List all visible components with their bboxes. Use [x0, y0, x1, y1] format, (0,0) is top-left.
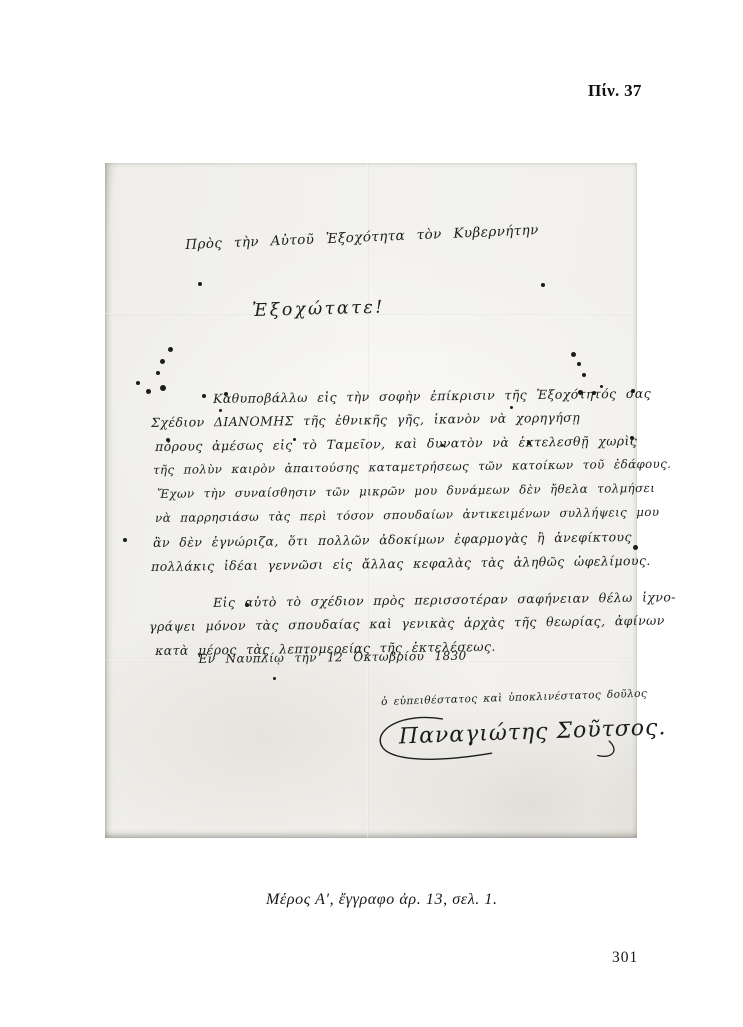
letter-body-line: πόρους ἀμέσως εἰς τὸ Ταμεῖον, καὶ δυνατὸ… — [155, 433, 637, 454]
ink-speck — [146, 389, 151, 394]
ink-speck — [156, 371, 160, 375]
letter-body-line: νὰ παρρησιάσω τὰς περὶ τόσον σπουδαίων ἀ… — [155, 505, 659, 525]
letter-body-line: Σχέδιον ΔΙΑΝΟΜΗΣ τῆς ἐθνικῆς γῆς, ἱκανὸν… — [151, 410, 580, 430]
ink-speck — [198, 282, 202, 286]
letter-body-line: τῆς πολὺν καιρὸν ἀπαιτούσης καταμετρήσεω… — [153, 457, 671, 477]
ink-speck — [582, 373, 586, 377]
letter-body-line: πολλάκις ἰδέαι γεννῶσι εἰς ἄλλας κεφαλὰς… — [151, 553, 651, 574]
letter-body-line: Εἰς αὐτὸ τὸ σχέδιον πρὸς περισσοτέραν σα… — [213, 589, 676, 610]
figure-caption: Μέρος Α′, ἔγγραφο ἀρ. 13, σελ. 1. — [266, 891, 498, 909]
letter-address: Πρὸς τὴν Αὐτοῦ Ἐξοχότητα τὸν Κυβερνήτην — [185, 222, 539, 253]
ink-speck — [571, 352, 576, 357]
ink-speck — [160, 385, 166, 391]
ink-speck — [202, 394, 206, 398]
letter-body-line: ἂν δὲν ἐγνώριζα, ὅτι πολλῶν ἀδοκίμων ἐφα… — [153, 529, 632, 550]
letter-salutation: Ἐξοχώτατε! — [252, 298, 385, 321]
ink-speck — [136, 381, 140, 385]
ink-speck — [123, 538, 127, 542]
signature: Παναγιώτης Σοῦτσος. — [372, 707, 624, 768]
page-number: 301 — [612, 949, 638, 967]
letter-body-line: Καθυποβάλλω εἰς τὴν σοφὴν ἐπίκρισιν τῆς … — [213, 386, 651, 406]
ink-speck — [168, 347, 173, 352]
ink-speck — [510, 406, 513, 409]
plate-label: Πίν. 37 — [588, 81, 642, 101]
ink-speck — [541, 283, 545, 287]
ink-speck — [160, 359, 165, 364]
fold-line-vertical — [367, 163, 369, 838]
letter-body-line: γράψει μόνον τὰς σπουδαίας καὶ γενικὰς ἀ… — [149, 613, 665, 634]
ink-speck — [273, 677, 276, 680]
letter-body-line: Ἔχων τὴν συναίσθησιν τῶν μικρῶν μου δυνά… — [157, 481, 655, 501]
ink-speck — [633, 545, 638, 550]
ink-speck — [577, 362, 581, 366]
letter-closing: ὁ εὐπειθέστατος καὶ ὑποκλινέστατος δοῦλο… — [381, 688, 647, 708]
letter-dateline: Ἐν Ναυπλίῳ τὴν 12 Ὀκτωβρίου 1830 — [197, 649, 467, 666]
ink-speck — [219, 409, 222, 412]
letter-scan: Πρὸς τὴν Αὐτοῦ Ἐξοχότητα τὸν Κυβερνήτην … — [105, 163, 637, 838]
